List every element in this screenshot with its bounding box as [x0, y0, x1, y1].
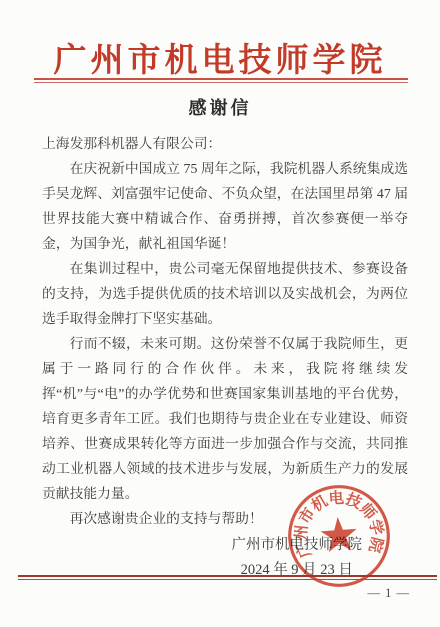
signature-org: 广州市机电技师学院	[232, 533, 363, 558]
paragraph-4: 再次感谢贵企业的支持与帮助！	[42, 506, 408, 531]
footer-divider	[18, 575, 437, 580]
letter-title: 感谢信	[0, 94, 440, 120]
paragraph-1: 在庆祝新中国成立 75 周年之际，我院机器人系统集成选手吴龙辉、刘富强牢记使命、…	[42, 156, 408, 256]
paragraph-3: 行而不辍，未来可期。这份荣誉不仅属于我院师生，更属于一路同行的合作伙伴。未来，我…	[42, 331, 408, 506]
paragraph-2: 在集训过程中，贵公司毫无保留地提供技术、参赛设备的支持，为选手提供优质的技术培训…	[42, 256, 408, 331]
letterhead-divider	[34, 78, 408, 83]
letterhead-org-name: 广州市机电技师学院	[0, 34, 440, 81]
recipient-line: 上海发那科机器人有限公司：	[42, 131, 408, 156]
letter-page: 广州市机电技师学院 感谢信 上海发那科机器人有限公司： 在庆祝新中国成立 75 …	[0, 0, 440, 627]
page-number: — 1 —	[368, 586, 411, 601]
letter-body: 上海发那科机器人有限公司： 在庆祝新中国成立 75 周年之际，我院机器人系统集成…	[42, 131, 408, 531]
